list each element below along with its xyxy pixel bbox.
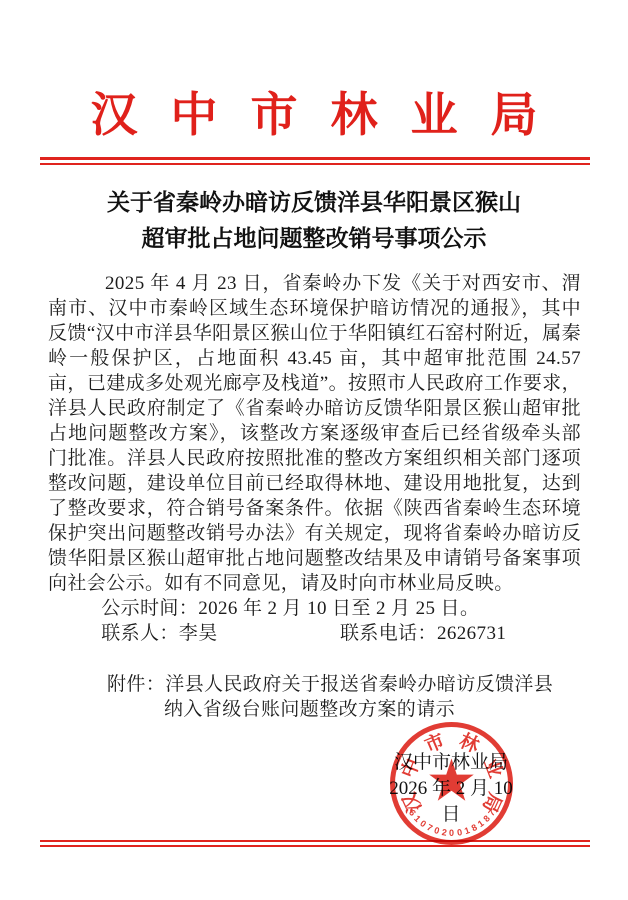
document-title: 关于省秦岭办暗访反馈洋县华阳景区猴山 超审批占地问题整改销号事项公示 <box>0 184 628 256</box>
body-paragraph: 2025 年 4 月 23 日，省秦岭办下发《关于对西安市、渭南市、汉中市秦岭区… <box>48 271 581 596</box>
contact-phone: 联系电话：2626731 <box>287 621 507 646</box>
contact-person: 联系人：李昊 <box>101 623 217 644</box>
contact-line: 联系人：李昊 联系电话：2626731 <box>48 621 581 646</box>
attachment-label: 附件： <box>107 674 165 695</box>
attachment-text-line2: 纳入省级台账问题整改方案的请示 <box>164 699 455 720</box>
publicity-period-line: 公示时间：2026 年 2 月 10 日至 2 月 25 日。 <box>48 596 581 621</box>
document-body: 2025 年 4 月 23 日，省秦岭办下发《关于对西安市、渭南市、汉中市秦岭区… <box>0 271 628 722</box>
document-page: 汉中市林业局 关于省秦岭办暗访反馈洋县华阳景区猴山 超审批占地问题整改销号事项公… <box>0 0 628 900</box>
star-icon: ★ <box>426 752 478 810</box>
letterhead-agency-title: 汉中市林业局 <box>0 0 628 138</box>
letterhead-separator-rule <box>40 157 590 165</box>
footer-separator-rule <box>40 840 590 847</box>
document-title-line2: 超审批占地问题整改销号事项公示 <box>0 220 628 256</box>
attachment-text-line1: 洋县人民政府关于报送省秦岭办暗访反馈洋县 <box>165 674 553 695</box>
attachment-line: 附件：洋县人民政府关于报送省秦岭办暗访反馈洋县 纳入省级台账问题整改方案的请示 <box>164 672 584 722</box>
document-title-line1: 关于省秦岭办暗访反馈洋县华阳景区猴山 <box>0 184 628 220</box>
official-seal: ★ 汉中市林业局 6107020018187 <box>390 722 513 845</box>
